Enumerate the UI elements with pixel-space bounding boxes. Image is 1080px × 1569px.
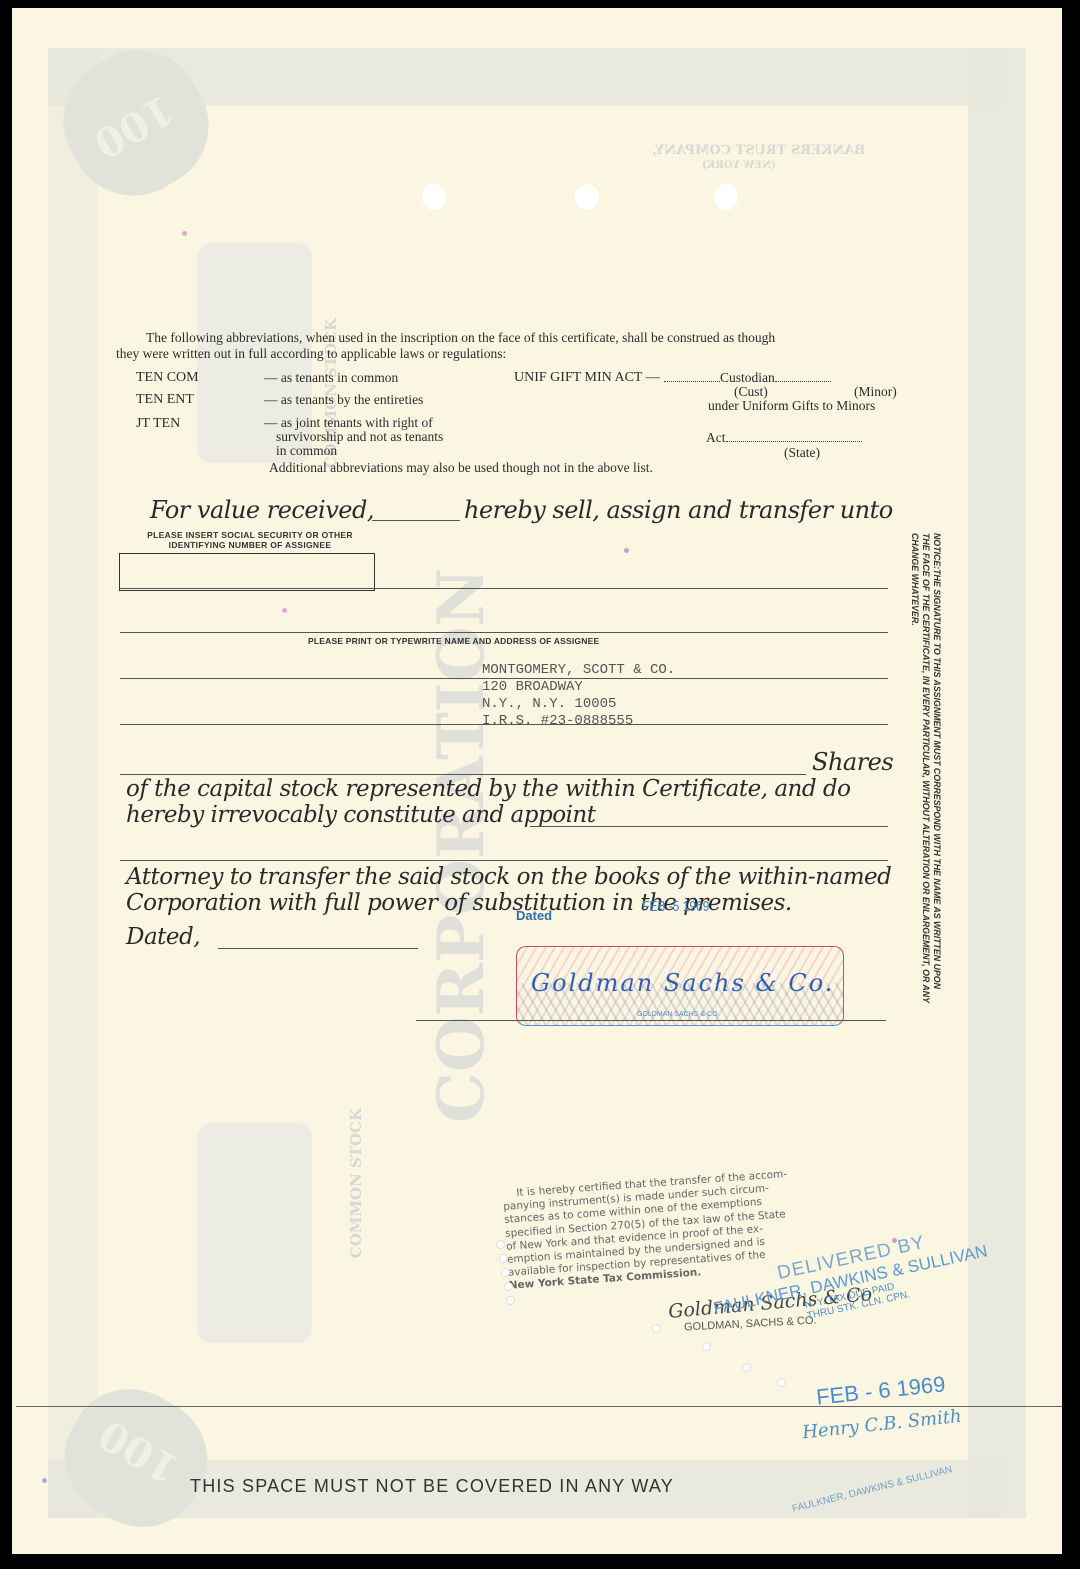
grantor-line	[372, 520, 460, 521]
signature-guarantee-stamp: Goldman Sachs & Co. GOLDMAN SACHS & CO.	[516, 946, 844, 1026]
signature-stamp-caption: GOLDMAN SACHS & CO.	[637, 1011, 719, 1018]
signature-line	[416, 1020, 886, 1021]
punch-hole	[714, 184, 738, 210]
ghost-bank-sub: (NEW YORK)	[702, 160, 776, 171]
punch-hole	[575, 184, 599, 210]
notice-vertical: NOTICE:THE SIGNATURE TO THIS ASSIGNMENT …	[902, 533, 942, 1003]
ghost-common-stock-bottom: COMMON STOCK	[347, 1108, 365, 1258]
ssn-input-box[interactable]	[119, 553, 375, 591]
abbreviations-intro: The following abbreviations, when used i…	[146, 330, 775, 346]
for-value-received: For value received,	[150, 496, 374, 524]
footer-warning: THIS SPACE MUST NOT BE COVERED IN ANY WA…	[190, 1476, 674, 1497]
ghost-bank-name: BANKERS TRUST COMPANY,	[652, 143, 865, 158]
assignee-line-2	[120, 632, 888, 633]
abbr-jt-ten-line2: survivorship and not as tenants	[264, 430, 443, 444]
paper-speck	[42, 1478, 47, 1483]
dated-line	[218, 948, 418, 949]
paper-speck	[624, 548, 629, 553]
perforation	[652, 1324, 661, 1333]
ssn-label: PLEASE INSERT SOCIAL SECURITY OR OTHER I…	[120, 530, 380, 550]
signature-stamp-script: Goldman Sachs & Co.	[531, 969, 834, 997]
ghost-corporation: CORPORATION	[424, 568, 499, 1123]
assignee-name: MONTGOMERY, SCOTT & CO.	[482, 662, 675, 679]
assignee-name-address[interactable]: MONTGOMERY, SCOTT & CO. 120 BROADWAY N.Y…	[482, 662, 675, 730]
dated-label: Dated,	[126, 924, 200, 950]
certificate-paper: 100 100 COMMON STOCK COMMON STOCK CORPOR…	[12, 8, 1062, 1554]
perforation	[504, 1282, 513, 1291]
assignee-irs: I.R.S. #23-0888555	[482, 713, 675, 730]
perforation	[777, 1378, 786, 1387]
perforation	[742, 1363, 751, 1372]
assignee-line-1	[120, 588, 888, 589]
attorney-text: Attorney to transfer the said stock on t…	[126, 864, 891, 890]
notice-lead: NOTICE:	[932, 533, 942, 569]
delivery-date: FEB - 6 1969	[815, 1371, 947, 1410]
perforation	[506, 1296, 515, 1305]
delivery-signature: Henry C.B. Smith	[801, 1406, 962, 1444]
assignee-street: 120 BROADWAY	[482, 679, 675, 696]
abbr-ten-ent-meaning: — as tenants by the entireties	[264, 392, 423, 408]
bottom-divider	[16, 1406, 1062, 1407]
abbr-ten-com: TEN COM	[136, 370, 199, 386]
abbreviations-intro-2: they were written out in full according …	[116, 346, 506, 362]
attorney-line	[530, 826, 888, 827]
punch-hole	[422, 184, 446, 210]
abbr-ten-ent: TEN ENT	[136, 392, 194, 408]
border-left-band	[48, 48, 98, 1518]
dated-stamp-date: FEB -5 1969	[642, 898, 709, 915]
ghost-panel-bottom	[197, 1123, 312, 1343]
capital-stock-text: of the capital stock represented by the …	[126, 776, 850, 802]
ssn-label-line2: IDENTIFYING NUMBER OF ASSIGNEE	[120, 540, 380, 550]
hereby-sell-assign: hereby sell, assign and transfer unto	[464, 496, 893, 524]
perforation	[501, 1268, 510, 1277]
act-field: Act	[706, 430, 862, 446]
ugma-under: under Uniform Gifts to Minors	[708, 398, 875, 414]
attorney-line-2	[120, 860, 888, 861]
abbr-jt-ten: JT TEN	[136, 416, 180, 432]
state-label: (State)	[784, 445, 820, 461]
cust-blank	[664, 381, 720, 382]
abbr-ten-com-meaning: — as tenants in common	[264, 370, 398, 386]
shares-label: Shares	[812, 748, 893, 776]
notice-text: THE SIGNATURE TO THIS ASSIGNMENT MUST CO…	[910, 533, 942, 1003]
perforation	[499, 1254, 508, 1263]
abbr-jt-ten-line3: in common	[264, 444, 443, 458]
print-name-label: PLEASE PRINT OR TYPEWRITE NAME AND ADDRE…	[308, 636, 599, 646]
paper-speck	[182, 231, 187, 236]
border-right-band	[968, 48, 1026, 1518]
abbr-jt-ten-line1: — as joint tenants with right of	[264, 416, 443, 430]
dated-stamp-label: Dated	[516, 908, 552, 923]
act-label: Act	[706, 430, 726, 445]
perforation	[702, 1342, 711, 1351]
shares-line	[120, 774, 806, 775]
hereby-irrevocably-text: hereby irrevocably constitute and appoin…	[126, 802, 595, 828]
perforation	[496, 1240, 505, 1249]
state-blank	[726, 441, 862, 442]
abbreviations-additional: Additional abbreviations may also be use…	[269, 460, 653, 476]
ugma-label: UNIF GIFT MIN ACT —	[514, 370, 660, 386]
minor-blank	[775, 381, 831, 382]
paper-speck	[282, 608, 287, 613]
custodian-label: Custodian	[720, 370, 775, 385]
assignee-city: N.Y., N.Y. 10005	[482, 696, 675, 713]
abbr-jt-ten-meaning: — as joint tenants with right of survivo…	[264, 416, 443, 458]
ssn-label-line1: PLEASE INSERT SOCIAL SECURITY OR OTHER	[120, 530, 380, 540]
